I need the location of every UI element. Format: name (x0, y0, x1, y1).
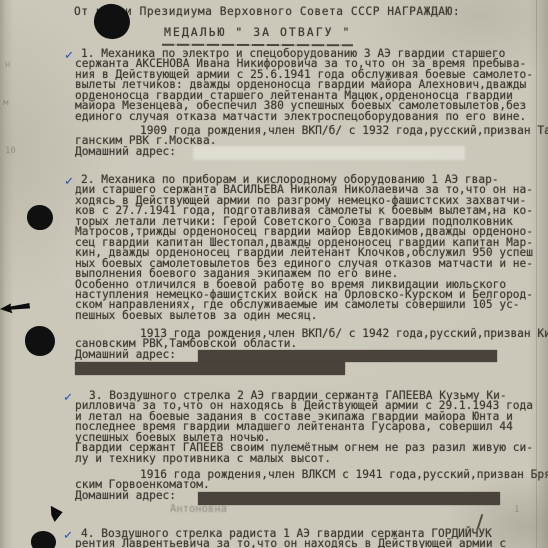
arrow-mark-icon (0, 301, 30, 314)
medal-title: МЕДАЛЬЮ " ЗА ОТВАГУ " (164, 27, 351, 37)
entry-1-citation: 1. Механика по электро и спецоборудовани… (75, 49, 533, 122)
pen-flick-mark (48, 506, 64, 523)
checkmark-icon: ✓ (64, 48, 73, 64)
margin-scribble: 1 (514, 505, 520, 515)
checkmark-icon: ✓ (64, 174, 73, 190)
document-header: От имени Президиума Верховного Совета СС… (74, 7, 460, 17)
margin-scribble: м (2, 98, 8, 109)
ink-blot (27, 205, 53, 230)
medal-title-underline (162, 44, 353, 47)
entry-3-citation: 3. Воздушного стрелка 2 АЭ гвардии сержа… (75, 391, 533, 464)
redaction-bar (75, 362, 345, 375)
award-document-page: От имени Президиума Верховного Совета СС… (0, 0, 548, 548)
margin-scribble: н (5, 60, 11, 70)
entry-4-citation: 4. Воздушного стрелка радиста 1 АЭ гвард… (75, 529, 506, 548)
redaction-bar (198, 492, 500, 505)
checkmark-icon: ✓ (63, 528, 72, 544)
redaction-bar (198, 350, 497, 362)
erased-address-area (193, 146, 465, 160)
ink-blot (25, 326, 55, 356)
entry-2-citation: 2. Механика по приборам и кислородному о… (75, 175, 533, 321)
margin-scribble: 10 (5, 146, 16, 156)
checkmark-icon: ✓ (63, 390, 72, 406)
fold-line (536, 0, 537, 548)
faded-address-remnant: Антоновна (170, 504, 227, 514)
ink-blot (31, 531, 56, 548)
